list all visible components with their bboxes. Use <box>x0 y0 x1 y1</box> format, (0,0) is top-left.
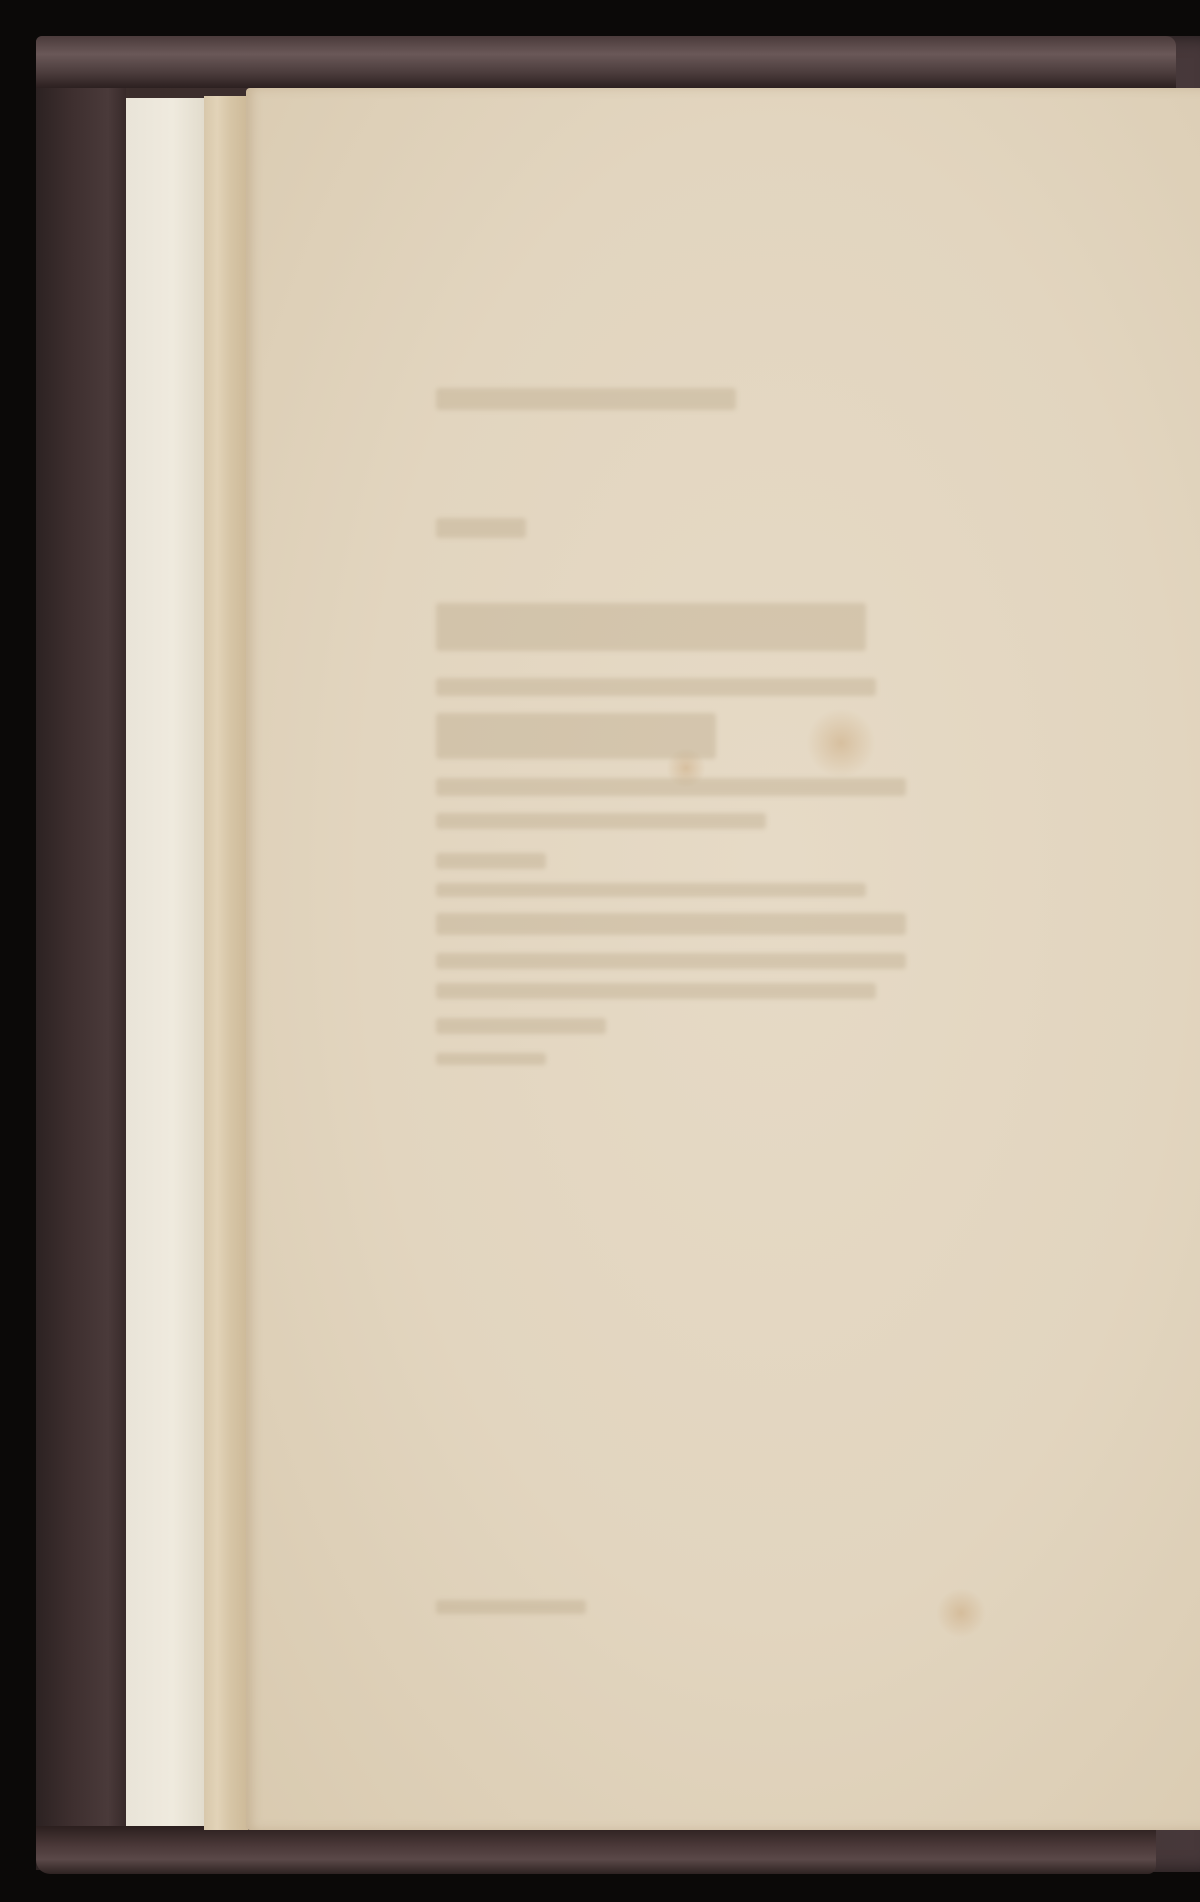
bleed-through-line <box>246 678 1200 696</box>
bleed-through-line <box>246 388 1200 410</box>
cover-bottom-turnover <box>36 1826 1156 1874</box>
bleed-through-line <box>246 518 1200 538</box>
bleed-through-line <box>246 813 1200 829</box>
book-page <box>246 88 1200 1830</box>
bleed-through-line <box>246 1600 1200 1614</box>
bleed-through-line <box>246 983 1200 999</box>
cover-spine-edge <box>36 40 126 1870</box>
bleed-through-line <box>246 1053 1200 1065</box>
bleed-through-line <box>246 883 1200 897</box>
bleed-through-line <box>246 603 1200 651</box>
page-edges <box>204 96 248 1830</box>
bleed-through-line <box>246 953 1200 969</box>
cover-top-turnover <box>36 36 1176 88</box>
bleed-through-line <box>246 853 1200 869</box>
bleed-through-line <box>246 713 1200 759</box>
bleed-through-line <box>246 913 1200 935</box>
white-flyleaf <box>126 98 204 1826</box>
bleed-through-line <box>246 1018 1200 1034</box>
bleed-through-line <box>246 778 1200 796</box>
